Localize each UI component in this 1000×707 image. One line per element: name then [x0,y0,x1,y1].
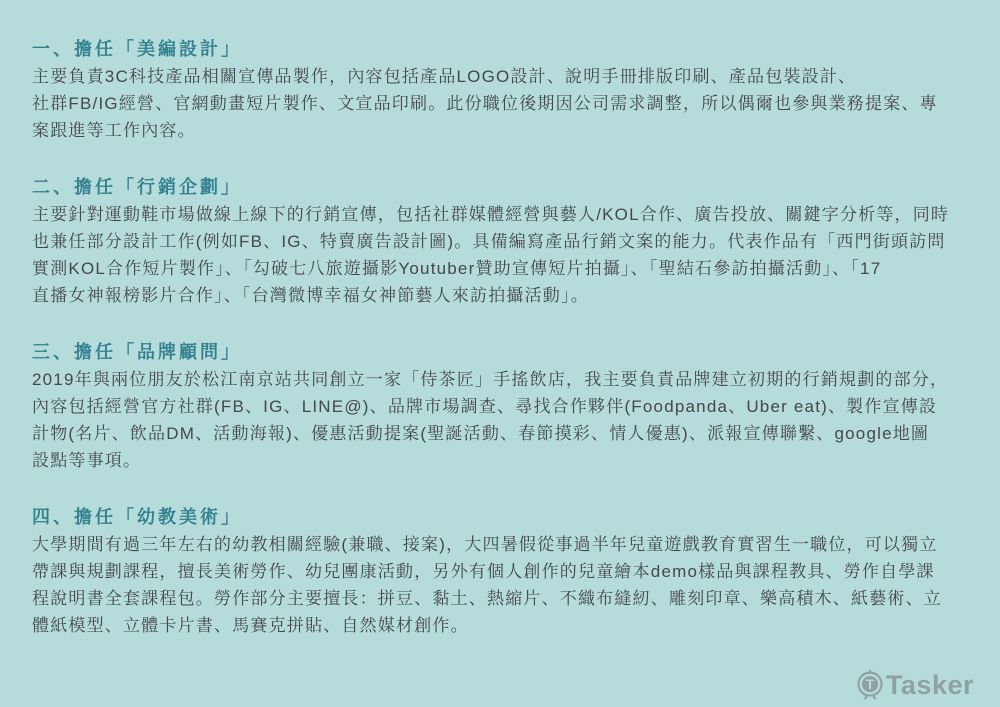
section-heading: 二、擔任「行銷企劃」 [32,174,972,201]
section-body: 大學期間有過三年左右的幼教相關經驗(兼職、接案)，大四暑假從事過半年兒童遊戲教育… [32,531,972,639]
section-heading: 四、擔任「幼教美術」 [32,504,972,531]
section-body: 主要負責3C科技產品相關宣傳品製作，內容包括產品LOGO設計、說明手冊排版印刷、… [32,63,972,144]
section-heading: 一、擔任「美編設計」 [32,36,972,63]
section-brand-consultant: 三、擔任「品牌顧問」 2019年與兩位朋友於松江南京站共同創立一家「侍茶匠」手搖… [32,339,972,474]
section-body: 2019年與兩位朋友於松江南京站共同創立一家「侍茶匠」手搖飲店，我主要負責品牌建… [32,366,972,474]
tasker-logo: T Tasker [855,669,974,701]
tasker-initial: T [866,676,875,692]
section-marketing: 二、擔任「行銷企劃」 主要針對運動鞋市場做線上線下的行銷宣傳，包括社群媒體經營與… [32,174,972,309]
tasker-wordmark: Tasker [886,670,974,701]
profile-description: 一、擔任「美編設計」 主要負責3C科技產品相關宣傳品製作，內容包括產品LOGO設… [0,0,1000,639]
section-body: 主要針對運動鞋市場做線上線下的行銷宣傳，包括社群媒體經營與藝人/KOL合作、廣告… [32,201,972,309]
section-preschool-art: 四、擔任「幼教美術」 大學期間有過三年左右的幼教相關經驗(兼職、接案)，大四暑假… [32,504,972,639]
section-heading: 三、擔任「品牌顧問」 [32,339,972,366]
section-design: 一、擔任「美編設計」 主要負責3C科技產品相關宣傳品製作，內容包括產品LOGO設… [32,36,972,144]
tasker-badge-icon: T [855,669,885,701]
